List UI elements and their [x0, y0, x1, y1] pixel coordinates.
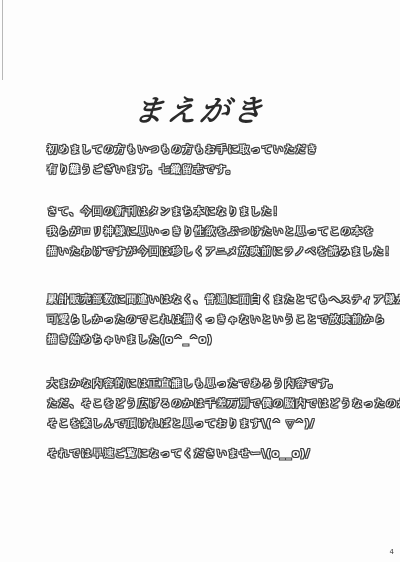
text-line: 初めましての方もいつもの方もお手に取っていただき	[47, 140, 392, 160]
text-line: 累計販売部数に間違いはなく、普通に面白くまたとてもヘスティア様が	[47, 290, 392, 310]
text-line: 描き始めちゃいました(o^_^o)	[47, 330, 392, 350]
paragraph-content: 大まかな内容的には正直誰しも思ったであろう内容です。 ただ、そこをどう広げるのか…	[47, 374, 392, 434]
page-title: まえがき	[0, 86, 400, 130]
paragraph-reason: 累計販売部数に間違いはなく、普通に面白くまたとてもヘスティア様が 可愛らしかった…	[47, 290, 392, 350]
text-line: それでは早速ご覧になってくださいませー\(o__o)/	[47, 444, 392, 464]
binding-edge	[2, 0, 3, 80]
text-line: ただ、そこをどう広げるのかは千差万別で僕の脳内ではどうなったのか。	[47, 394, 392, 414]
text-line: さて、今回の新刊はタンまち本になりました！	[47, 202, 392, 222]
paragraph-closing: それでは早速ご覧になってくださいませー\(o__o)/	[47, 444, 392, 464]
page-number: 4	[390, 548, 394, 556]
text-line: 可愛らしかったのでこれは描くっきゃないということで放映前から	[47, 310, 392, 330]
text-line: 描いたわけですが今回は珍しくアニメ放映前にラノベを読みました！	[47, 242, 392, 262]
paragraph-new-book: さて、今回の新刊はタンまち本になりました！ 我らがロリ神様に思いっきり性欲をぶつ…	[47, 202, 392, 262]
paragraph-greeting: 初めましての方もいつもの方もお手に取っていただき 有り難うございます。七織留志で…	[47, 140, 392, 180]
text-line: そこを楽しんで頂ければと思っております\(^ ▽^)/	[47, 414, 392, 434]
text-line: 大まかな内容的には正直誰しも思ったであろう内容です。	[47, 374, 392, 394]
text-line: 有り難うございます。七織留志です。	[47, 160, 392, 180]
text-line: 我らがロリ神様に思いっきり性欲をぶつけたいと思ってこの本を	[47, 222, 392, 242]
